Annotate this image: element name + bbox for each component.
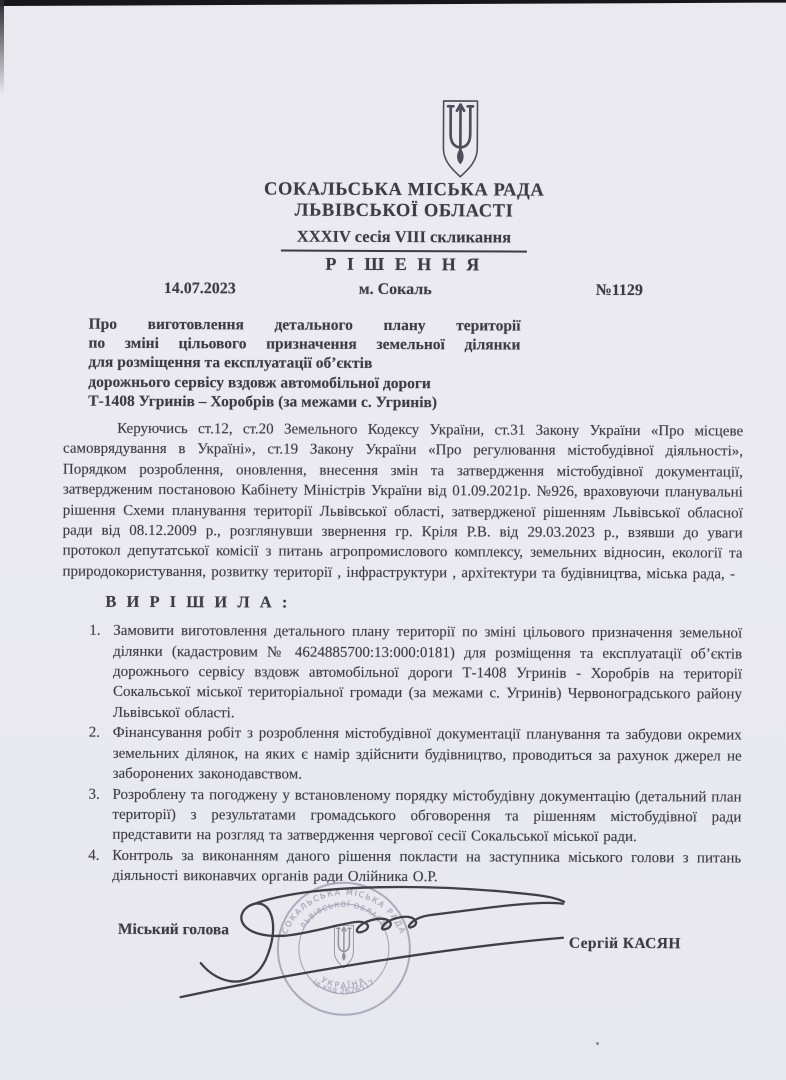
decision-document: СОКАЛЬСЬКА МІСЬКА РАДА ЛЬВІВСЬКОЇ ОБЛАСТ… [0,0,786,1080]
list-item: 4. Контроль за виконанням даного рішення… [88,845,741,889]
council-name: СОКАЛЬСЬКА МІСЬКА РАДА [64,179,744,203]
seal-outer-text: СОКАЛЬСЬКА МІСЬКА РАДА [280,887,408,935]
session-row: XXXIV сесія VIII скликання [64,224,744,254]
title-line: Т-1408 Угринів – Хоробрів (за межами с. … [88,391,520,412]
svg-text:СОКАЛЬСЬКА МІСЬКА РАДА: СОКАЛЬСЬКА МІСЬКА РАДА [280,887,408,935]
svg-text:ЛЬВІВСЬКОЇ ОБЛАСТІ: ЛЬВІВСЬКОЇ ОБЛАСТІ [299,899,389,930]
item-text: Замовити виготовлення детального плану т… [113,621,742,726]
title-line: Про виготовлення детального плану терито… [89,315,521,336]
seal-trident-icon [334,925,353,968]
seal-code-text: ід.код 2626517 [311,977,376,995]
list-item: 3. Розроблену та погоджену у встановлено… [88,784,741,848]
signature-block: СОКАЛЬСЬКА МІСЬКА РАДА ЛЬВІВСЬКОЇ ОБЛАСТ… [60,896,741,1059]
title-line: по зміні цільового призначення земельної… [88,334,520,355]
signer-position-label: Міський голова [118,920,229,938]
oblast-name: ЛЬВІВСЬКОЇ ОБЛАСТІ [64,200,744,224]
round-seal-stamp: СОКАЛЬСЬКА МІСЬКА РАДА ЛЬВІВСЬКОЇ ОБЛАСТ… [269,873,420,1024]
item-number: 2. [89,723,113,784]
item-text: Розроблену та погоджену у встановленому … [112,784,741,848]
seal-inner-text: ЛЬВІВСЬКОЇ ОБЛАСТІ [299,899,389,930]
title-line: для розміщення та експлуатації об’єктів [88,353,520,374]
date-place-number-row: 14.07.2023 м. Сокаль №1129 [64,280,744,305]
resolution-items: 1. Замовити виготовлення детального план… [88,621,742,889]
signer-name: Сергій КАСЯН [569,934,681,952]
svg-text:ід.код 2626517: ід.код 2626517 [311,977,376,995]
scanned-document-page: СОКАЛЬСЬКА МІСЬКА РАДА ЛЬВІВСЬКОЇ ОБЛАСТ… [0,0,786,1080]
list-item: 1. Замовити виготовлення детального план… [89,621,742,726]
item-number: 4. [88,845,112,886]
decision-place: м. Сокаль [359,281,432,299]
item-text: Контроль за виконанням даного рішення по… [112,846,741,890]
seal-country-text: УКРАЇНА [320,975,368,990]
decision-date: 14.07.2023 [164,280,236,298]
decision-title: Про виготовлення детального плану терито… [88,315,520,413]
document-type-heading: Р І Ш Е Н Н Я [64,252,744,278]
preamble-paragraph: Керуючись ст.12, ст.20 Земельного Кодекс… [62,419,743,585]
item-number: 1. [89,621,113,723]
item-number: 3. [88,784,112,845]
svg-text:УКРАЇНА: УКРАЇНА [320,975,368,990]
resolution-heading: В И Р І Ш И Л А : [105,592,742,615]
ukraine-trident-emblem-icon [437,98,483,180]
list-item: 2. Фінансування робіт з розроблення міст… [89,723,742,787]
item-text: Фінансування робіт з розроблення містобу… [113,723,742,787]
title-line: дорожнього сервісу вздовж автомобільної … [88,372,520,393]
decision-number: №1129 [596,282,643,300]
session-line: XXXIV сесія VIII скликання [281,225,527,253]
